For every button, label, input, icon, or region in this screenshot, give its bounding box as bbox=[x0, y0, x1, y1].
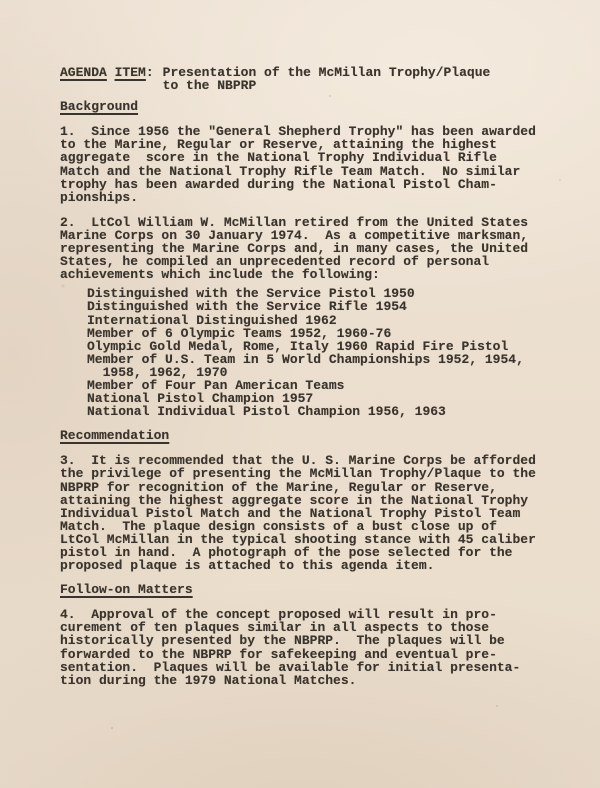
heading-follow-on-matters: Follow-on Matters bbox=[60, 583, 193, 596]
paragraph-2: 2. LtCol William W. McMillan retired fro… bbox=[60, 216, 565, 281]
agenda-document: AGENDAITEM: Presentation of the McMillan… bbox=[60, 66, 565, 687]
agenda-item-title: Presentation of the McMillan Trophy/Plaq… bbox=[163, 66, 491, 92]
paragraph-1: 1. Since 1956 the "General Shepherd Trop… bbox=[60, 125, 565, 204]
agenda-label-word-1: AGENDA bbox=[60, 65, 107, 80]
paragraph-3: 3. It is recommended that the U. S. Mari… bbox=[60, 454, 565, 572]
scanned-document-page: AGENDAITEM: Presentation of the McMillan… bbox=[0, 0, 600, 788]
heading-recommendation: Recommendation bbox=[60, 429, 169, 442]
achievement-item: Member of 6 Olympic Teams 1952, 1960-76 bbox=[87, 327, 565, 340]
agenda-label-colon: : bbox=[146, 65, 154, 80]
achievement-item: Member of U.S. Team in 5 World Champions… bbox=[87, 353, 565, 379]
achievement-item: International Distinguished 1962 bbox=[87, 314, 565, 327]
achievement-item: National Individual Pistol Champion 1956… bbox=[87, 405, 565, 418]
achievement-item: Olympic Gold Medal, Rome, Italy 1960 Rap… bbox=[87, 340, 565, 353]
agenda-item-label: AGENDAITEM: bbox=[60, 66, 154, 92]
agenda-item-row: AGENDAITEM: Presentation of the McMillan… bbox=[60, 66, 565, 92]
heading-background: Background bbox=[60, 100, 138, 113]
achievement-item: Distinguished with the Service Rifle 195… bbox=[87, 300, 565, 313]
agenda-label-word-2: ITEM bbox=[115, 65, 146, 80]
achievements-list: Distinguished with the Service Pistol 19… bbox=[60, 287, 565, 418]
paragraph-4: 4. Approval of the concept proposed will… bbox=[60, 608, 565, 687]
